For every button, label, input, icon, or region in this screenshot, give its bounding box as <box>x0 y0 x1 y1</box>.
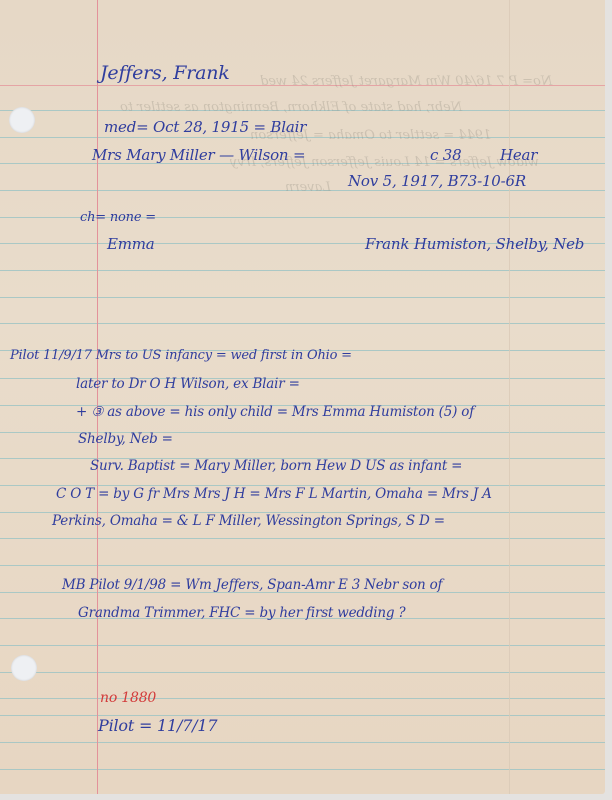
spouse-name: Mrs Mary Miller — Wilson = <box>92 146 305 164</box>
ruled-line <box>0 769 605 770</box>
children-label: ch= none = <box>80 210 156 225</box>
ruled-line <box>0 715 605 716</box>
marriage-date: med= Oct 28, 1915 = Blair <box>104 118 306 136</box>
notebook-page: No= P 7 16/40 Wm Margaret Jeffers 24 wed… <box>0 0 605 794</box>
note-line: Pilot 11/9/17 Mrs to US infancy = wed fi… <box>10 348 352 363</box>
age: c 38 <box>430 146 461 164</box>
ruled-line <box>0 645 605 646</box>
note-line: C O T = by G fr Mrs Mrs J H = Mrs F L Ma… <box>56 486 492 502</box>
child-name: Emma <box>107 235 155 253</box>
ruled-line <box>0 297 605 298</box>
bleed-through-text: Lavern <box>285 180 331 195</box>
margin-line <box>97 0 98 794</box>
bleed-through-text: Nebr, had state of Elkhorn, Bennington a… <box>120 100 462 115</box>
ruled-line <box>0 698 605 699</box>
pilot-note-line: MB Pilot 9/1/98 = Wm Jeffers, Span-Amr E… <box>62 577 442 593</box>
child-spouse-location: Frank Humiston, Shelby, Neb <box>365 235 584 253</box>
note-line: + ③ as above = his only child = Mrs Emma… <box>76 404 474 420</box>
note-line: Shelby, Neb = <box>78 431 173 447</box>
note-line: Surv. Baptist = Mary Miller, born Hew D … <box>90 458 462 474</box>
bleed-through-text: No= P 7 16/40 Wm Margaret Jeffers 24 wed <box>260 74 552 89</box>
pilot-note-line: Grandma Trimmer, FHC = by her first wedd… <box>78 605 405 621</box>
age-note: Hear <box>500 146 537 164</box>
ruled-line <box>0 672 605 673</box>
note-line: later to Dr O H Wilson, ex Blair = <box>76 376 300 392</box>
ruled-line <box>0 538 605 539</box>
ruled-line <box>0 270 605 271</box>
note-line: Perkins, Omaha = & L F Miller, Wessingto… <box>52 513 445 529</box>
ruled-line <box>0 742 605 743</box>
punch-hole-bottom <box>11 655 37 681</box>
right-margin-line <box>509 0 510 794</box>
record-name: Jeffers, Frank <box>100 62 230 84</box>
record-number: no 1880 <box>100 690 156 706</box>
punch-hole-top <box>9 107 35 133</box>
ruled-line <box>0 565 605 566</box>
ruled-line <box>0 323 605 324</box>
death-date: Nov 5, 1917, B73-10-6R <box>348 172 526 190</box>
pilot-date: Pilot = 11/7/17 <box>98 716 217 735</box>
